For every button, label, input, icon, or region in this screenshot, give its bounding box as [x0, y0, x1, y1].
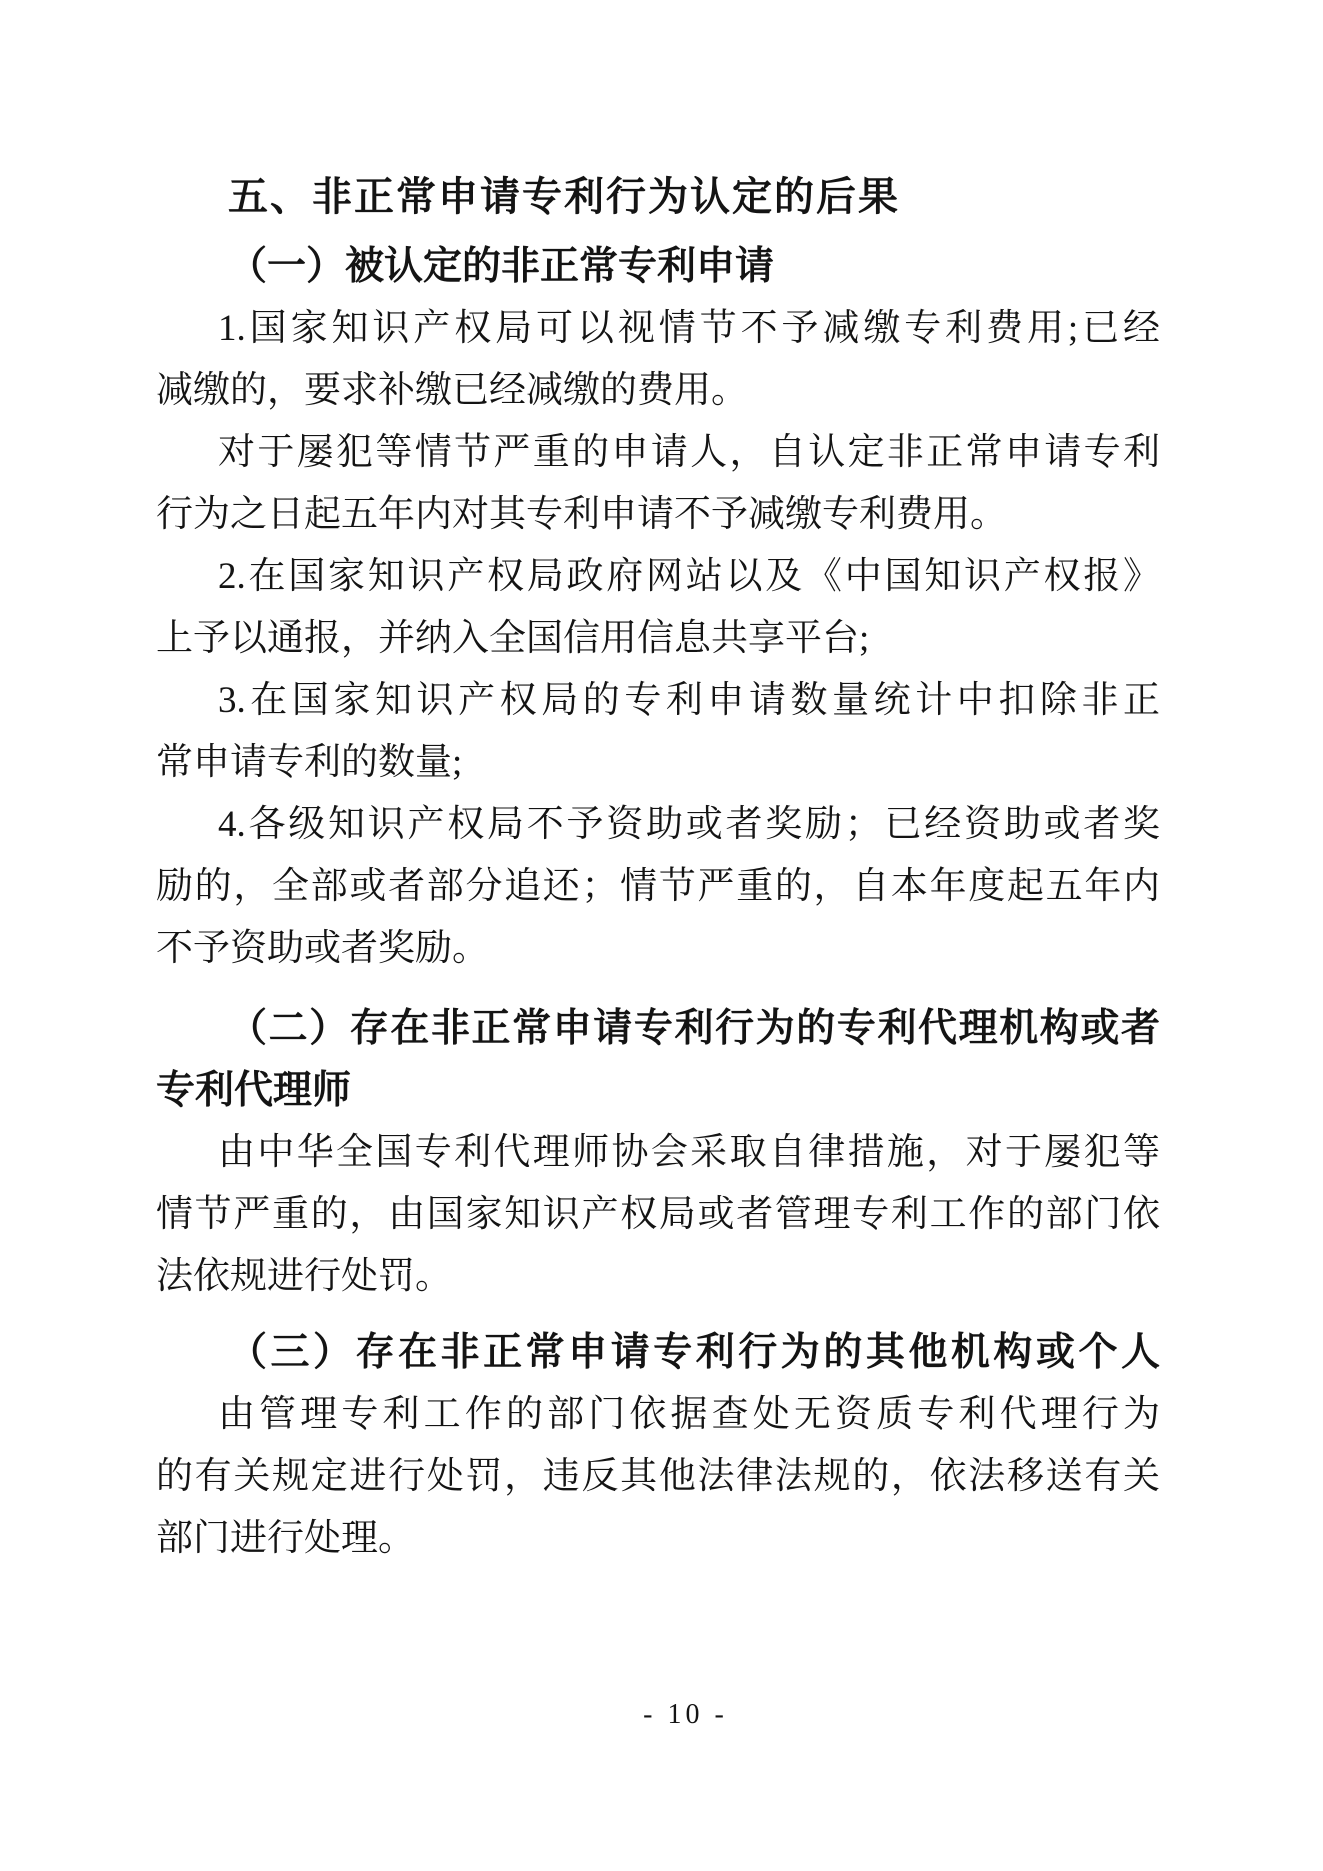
body-text-line: 3.在国家知识产权局的专利申请数量统计中扣除非正	[156, 670, 1160, 732]
paragraph-3: 2.在国家知识产权局政府网站以及《中国知识产权报》 上予以通报，并纳入全国信用信…	[156, 546, 1160, 670]
document-page: 五、非正常申请专利行为认定的后果 （一）被认定的非正常专利申请 1.国家知识产权…	[0, 0, 1323, 1871]
main-section-heading: 五、非正常申请专利行为认定的后果	[156, 166, 1160, 228]
body-text-line: 行为之日起五年内对其专利申请不予减缴专利费用。	[156, 484, 1160, 546]
subsection-2-heading: （二）存在非正常申请专利行为的专利代理机构或者 专利代理师	[156, 998, 1160, 1122]
paragraph-4: 3.在国家知识产权局的专利申请数量统计中扣除非正 常申请专利的数量;	[156, 670, 1160, 794]
subsection-3-heading: （三）存在非正常申请专利行为的其他机构或个人	[156, 1322, 1160, 1384]
document-body: 五、非正常申请专利行为认定的后果 （一）被认定的非正常专利申请 1.国家知识产权…	[156, 166, 1160, 1570]
body-text-line: 励的，全部或者部分追还；情节严重的，自本年度起五年内	[156, 856, 1160, 918]
body-text-line: 由管理专利工作的部门依据查处无资质专利代理行为	[156, 1384, 1160, 1446]
body-text-line: 1.国家知识产权局可以视情节不予减缴专利费用;已经	[156, 298, 1160, 360]
body-text-line: 由中华全国专利代理师协会采取自律措施，对于屡犯等	[156, 1122, 1160, 1184]
body-text-line: 上予以通报，并纳入全国信用信息共享平台;	[156, 608, 1160, 670]
subsection-2-heading-line: 专利代理师	[156, 1060, 1160, 1122]
paragraph-1: 1.国家知识产权局可以视情节不予减缴专利费用;已经 减缴的，要求补缴已经减缴的费…	[156, 298, 1160, 422]
body-text-line: 减缴的，要求补缴已经减缴的费用。	[156, 360, 1160, 422]
subsection-1-heading: （一）被认定的非正常专利申请	[156, 236, 1160, 298]
body-text-line: 部门进行处理。	[156, 1508, 1160, 1570]
body-text-line: 法依规进行处罚。	[156, 1246, 1160, 1308]
paragraph-2: 对于屡犯等情节严重的申请人，自认定非正常申请专利 行为之日起五年内对其专利申请不…	[156, 422, 1160, 546]
body-text-line: 的有关规定进行处罚，违反其他法律法规的，依法移送有关	[156, 1446, 1160, 1508]
body-text-line: 2.在国家知识产权局政府网站以及《中国知识产权报》	[156, 546, 1160, 608]
paragraph-7: 由管理专利工作的部门依据查处无资质专利代理行为 的有关规定进行处罚，违反其他法律…	[156, 1384, 1160, 1570]
page-number: - 10 -	[643, 1698, 728, 1732]
body-text-line: 情节严重的，由国家知识产权局或者管理专利工作的部门依	[156, 1184, 1160, 1246]
body-text-line: 不予资助或者奖励。	[156, 918, 1160, 980]
body-text-line: 常申请专利的数量;	[156, 732, 1160, 794]
paragraph-6: 由中华全国专利代理师协会采取自律措施，对于屡犯等 情节严重的，由国家知识产权局或…	[156, 1122, 1160, 1308]
body-text-line: 4.各级知识产权局不予资助或者奖励；已经资助或者奖	[156, 794, 1160, 856]
subsection-2-heading-line: （二）存在非正常申请专利行为的专利代理机构或者	[156, 998, 1160, 1060]
body-text-line: 对于屡犯等情节严重的申请人，自认定非正常申请专利	[156, 422, 1160, 484]
paragraph-5: 4.各级知识产权局不予资助或者奖励；已经资助或者奖 励的，全部或者部分追还；情节…	[156, 794, 1160, 980]
